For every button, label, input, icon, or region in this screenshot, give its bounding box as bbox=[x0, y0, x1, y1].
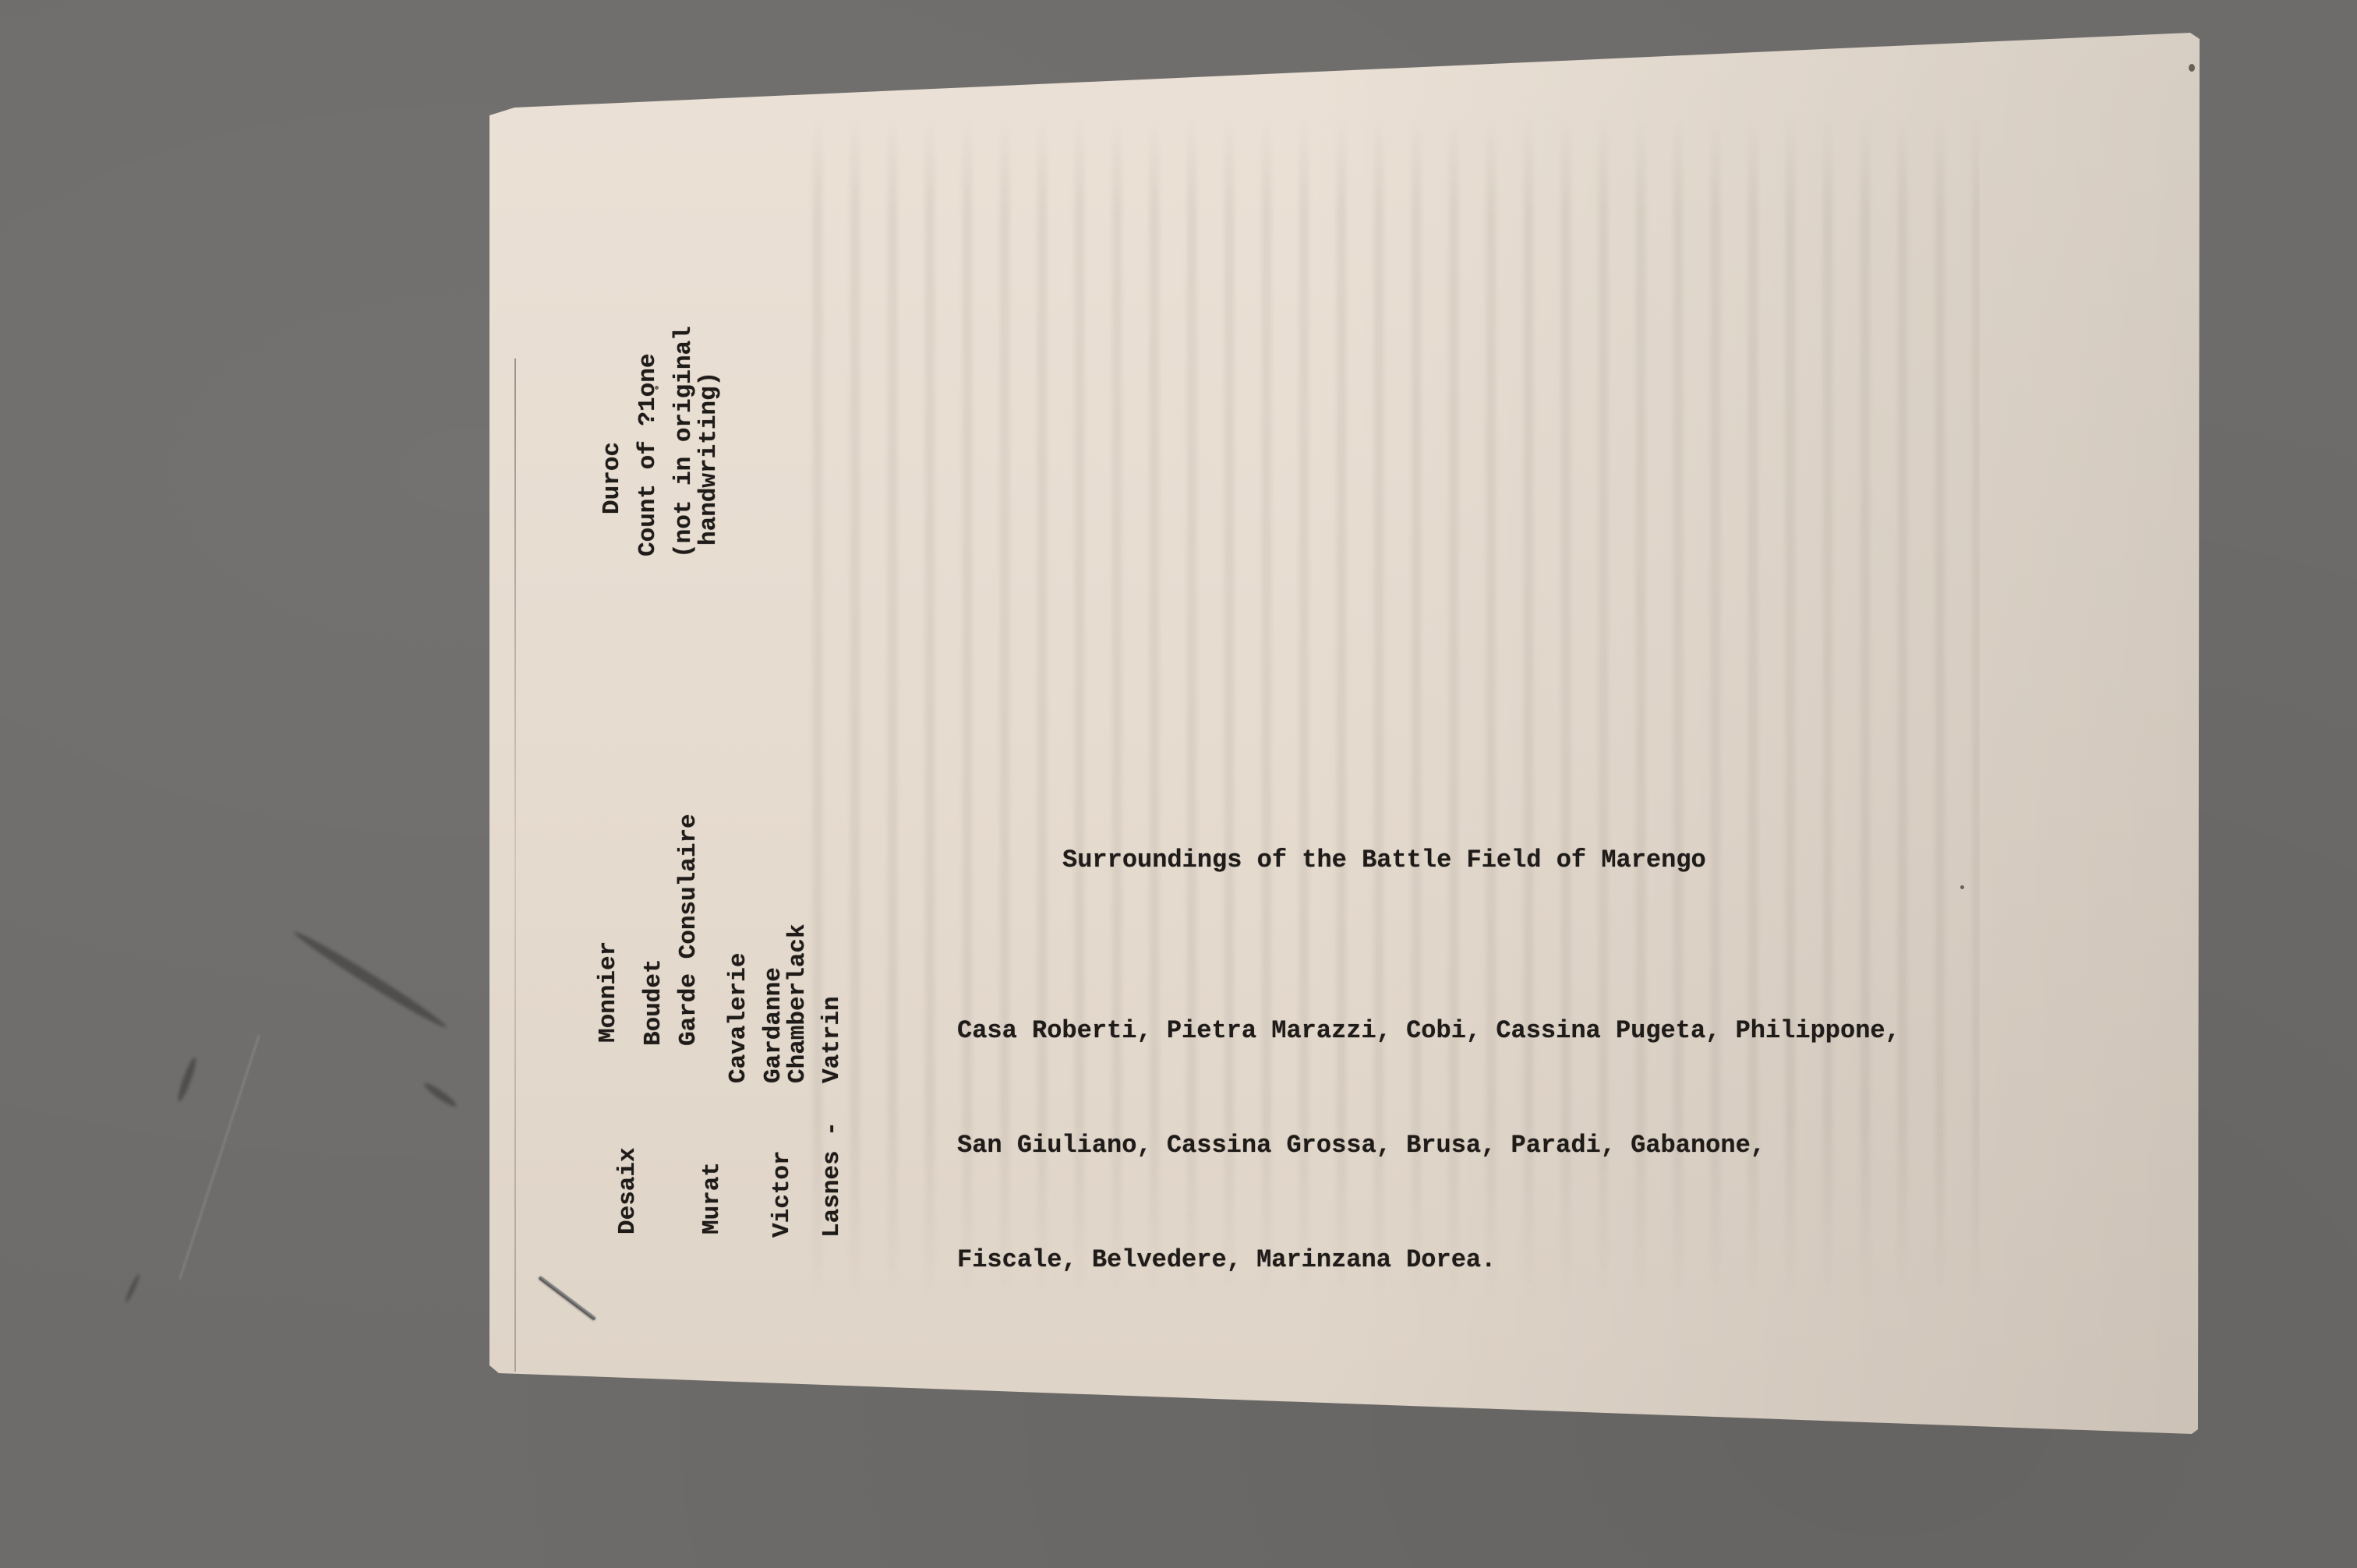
typed-document-sheet bbox=[0, 0, 2357, 1568]
side-note-subtitle: Count of ?1one bbox=[636, 354, 660, 556]
paper-speck bbox=[1960, 885, 1964, 889]
commander-label: Murat bbox=[700, 1162, 724, 1234]
background-scuff bbox=[292, 927, 449, 1032]
commander-label: Victor bbox=[770, 1150, 794, 1238]
unit-label: Monnier bbox=[596, 941, 620, 1043]
document-title: Surroundings of the Battle Field of Mare… bbox=[1062, 848, 1706, 873]
unit-label: Gardanne bbox=[762, 967, 786, 1083]
paper-speck bbox=[2189, 64, 2195, 72]
unit-label: Garde Consulaire bbox=[677, 814, 701, 1046]
unit-label: Vatrin bbox=[820, 996, 844, 1083]
binding-edge-line bbox=[514, 358, 516, 1372]
places-line: Casa Roberti, Pietra Marazzi, Cobi, Cass… bbox=[957, 1012, 1900, 1050]
commander-label: Lasnes - bbox=[820, 1121, 844, 1238]
side-note-name: Duroc bbox=[600, 442, 624, 514]
background-scuff bbox=[422, 1081, 459, 1110]
places-line: San Giuliano, Cassina Grossa, Brusa, Par… bbox=[957, 1126, 1900, 1164]
staple-icon bbox=[538, 1276, 596, 1321]
places-paragraph: Casa Roberti, Pietra Marazzi, Cobi, Cass… bbox=[957, 935, 1900, 1317]
unit-label: Chamberlack bbox=[786, 923, 810, 1083]
side-note-annotation-line2: handwriting) bbox=[697, 372, 721, 546]
unit-label: Boudet bbox=[641, 959, 666, 1046]
background-scuff bbox=[175, 1056, 199, 1103]
unit-label: Cavalerie bbox=[726, 953, 751, 1083]
background-scuff bbox=[124, 1273, 141, 1304]
places-line: Fiscale, Belvedere, Marinzana Dorea. bbox=[957, 1241, 1900, 1279]
commander-label: Desaix bbox=[616, 1147, 640, 1234]
side-note-annotation-line1: (not in original bbox=[672, 326, 696, 558]
